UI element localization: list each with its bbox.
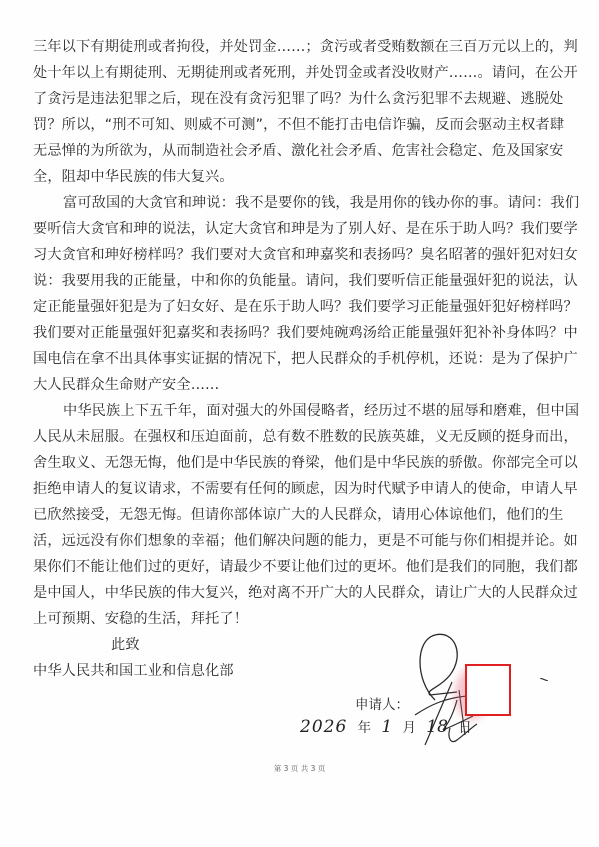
text-line: 果你们不能让他们过的更好，请最少不要让他们过的更坏。他们是我们的同胞，我们都	[33, 554, 568, 580]
letter-body: 三年以下有期徒刑或者拘役，并处罚金……；贪污或者受贿数额在三百万元以上的，判 处…	[33, 34, 568, 684]
date-year: 2026	[300, 717, 347, 737]
text-line: 习大贪官和珅好榜样吗？我们要对大贪官和珅嘉奖和表扬吗？臭名昭著的强奸犯对妇女	[33, 242, 568, 268]
date-day-unit: 日	[458, 720, 472, 736]
text-line: 拒绝申请人的复议请求，不需要有任何的顾虑，因为时代赋予申请人的使命，申请人早	[33, 476, 568, 502]
paragraph-start-line: 富可敌国的大贪官和珅说：我不是要你的钱，我是用你的钱办你的事。请问：我们	[33, 190, 568, 216]
text-line: 罚？所以，“刑不可知、则威不可测”，不但不能打击电信诈骗，反而会驱动主权者肆	[33, 112, 568, 138]
text-line: 人民从未屈服。在强权和压迫面前，总有数不胜数的民族英雄，义无反顾的挺身而出，	[33, 424, 568, 450]
pen-mark	[540, 678, 548, 681]
text-line: 处十年以上有期徒刑、无期徒刑或者死刑，并处罚金或者没收财产……。请问，在公开	[33, 60, 568, 86]
redaction-box	[465, 664, 511, 716]
text-line: 国电信在拿不出具体事实证据的情况下，把人民群众的手机停机，还说：是为了保护广	[33, 346, 568, 372]
applicant-label: 申请人：	[355, 693, 409, 713]
date-year-unit: 年	[358, 720, 372, 736]
letter-page: 三年以下有期徒刑或者拘役，并处罚金……；贪污或者受贿数额在三百万元以上的，判 处…	[0, 0, 599, 847]
text-line: 说：我要用我的正能量，中和你的负能量。请问，我们要听信正能量强奸犯的说法，认	[33, 268, 568, 294]
text-line: 定正能量强奸犯是为了妇女好、是在乐于助人吗？我们要学习正能量强奸犯好榜样吗？	[33, 294, 568, 320]
text-line: 三年以下有期徒刑或者拘役，并处罚金……；贪污或者受贿数额在三百万元以上的，判	[33, 34, 568, 60]
date-month: 1	[381, 717, 392, 737]
text-line: 全，阻却中华民族的伟大复兴。	[33, 164, 568, 190]
paragraph-start-line: 中华民族上下五千年，面对强大的外国侵略者，经历过不堪的屈辱和磨难，但中国	[33, 398, 568, 424]
text-line: 我们要对正能量强奸犯嘉奖和表扬吗？我们要炖碗鸡汤给正能量强奸犯补补身体吗？中	[33, 320, 568, 346]
page-number-footer: 第 3 页 共 3 页	[0, 763, 599, 774]
text-line: 无忌惮的为所欲为，从而制造社会矛盾、激化社会矛盾、危害社会稳定、危及国家安	[33, 138, 568, 164]
date-month-unit: 月	[402, 720, 416, 736]
text-line: 是中国人，中华民族的伟大复兴，绝对离不开广大的人民群众，请让广大的人民群众过	[33, 580, 568, 606]
text-line: 舍生取义、无怨无悔，他们是中华民族的脊梁，他们是中华民族的骄傲。你部完全可以	[33, 450, 568, 476]
signing-date: 2026 年 1 月 18 日	[300, 714, 478, 740]
text-line: 要听信大贪官和珅的说法，认定大贪官和珅是为了别人好、是在乐于助人吗？我们要学	[33, 216, 568, 242]
date-day: 18	[426, 717, 448, 737]
text-line: 了贪污是违法犯罪之后，现在没有贪污犯罪了吗？为什么贪污犯罪不去规避、逃脱处	[33, 86, 568, 112]
text-line: 大人民群众生命财产安全……	[33, 372, 568, 398]
text-line: 已欣然接受，无怨无悔。但请你部体谅广大的人民群众，请用心体谅他们，他们的生	[33, 502, 568, 528]
text-line: 活，远远没有你们想象的幸福；他们解决问题的能力，更是不可能与你们相提并论。如	[33, 528, 568, 554]
